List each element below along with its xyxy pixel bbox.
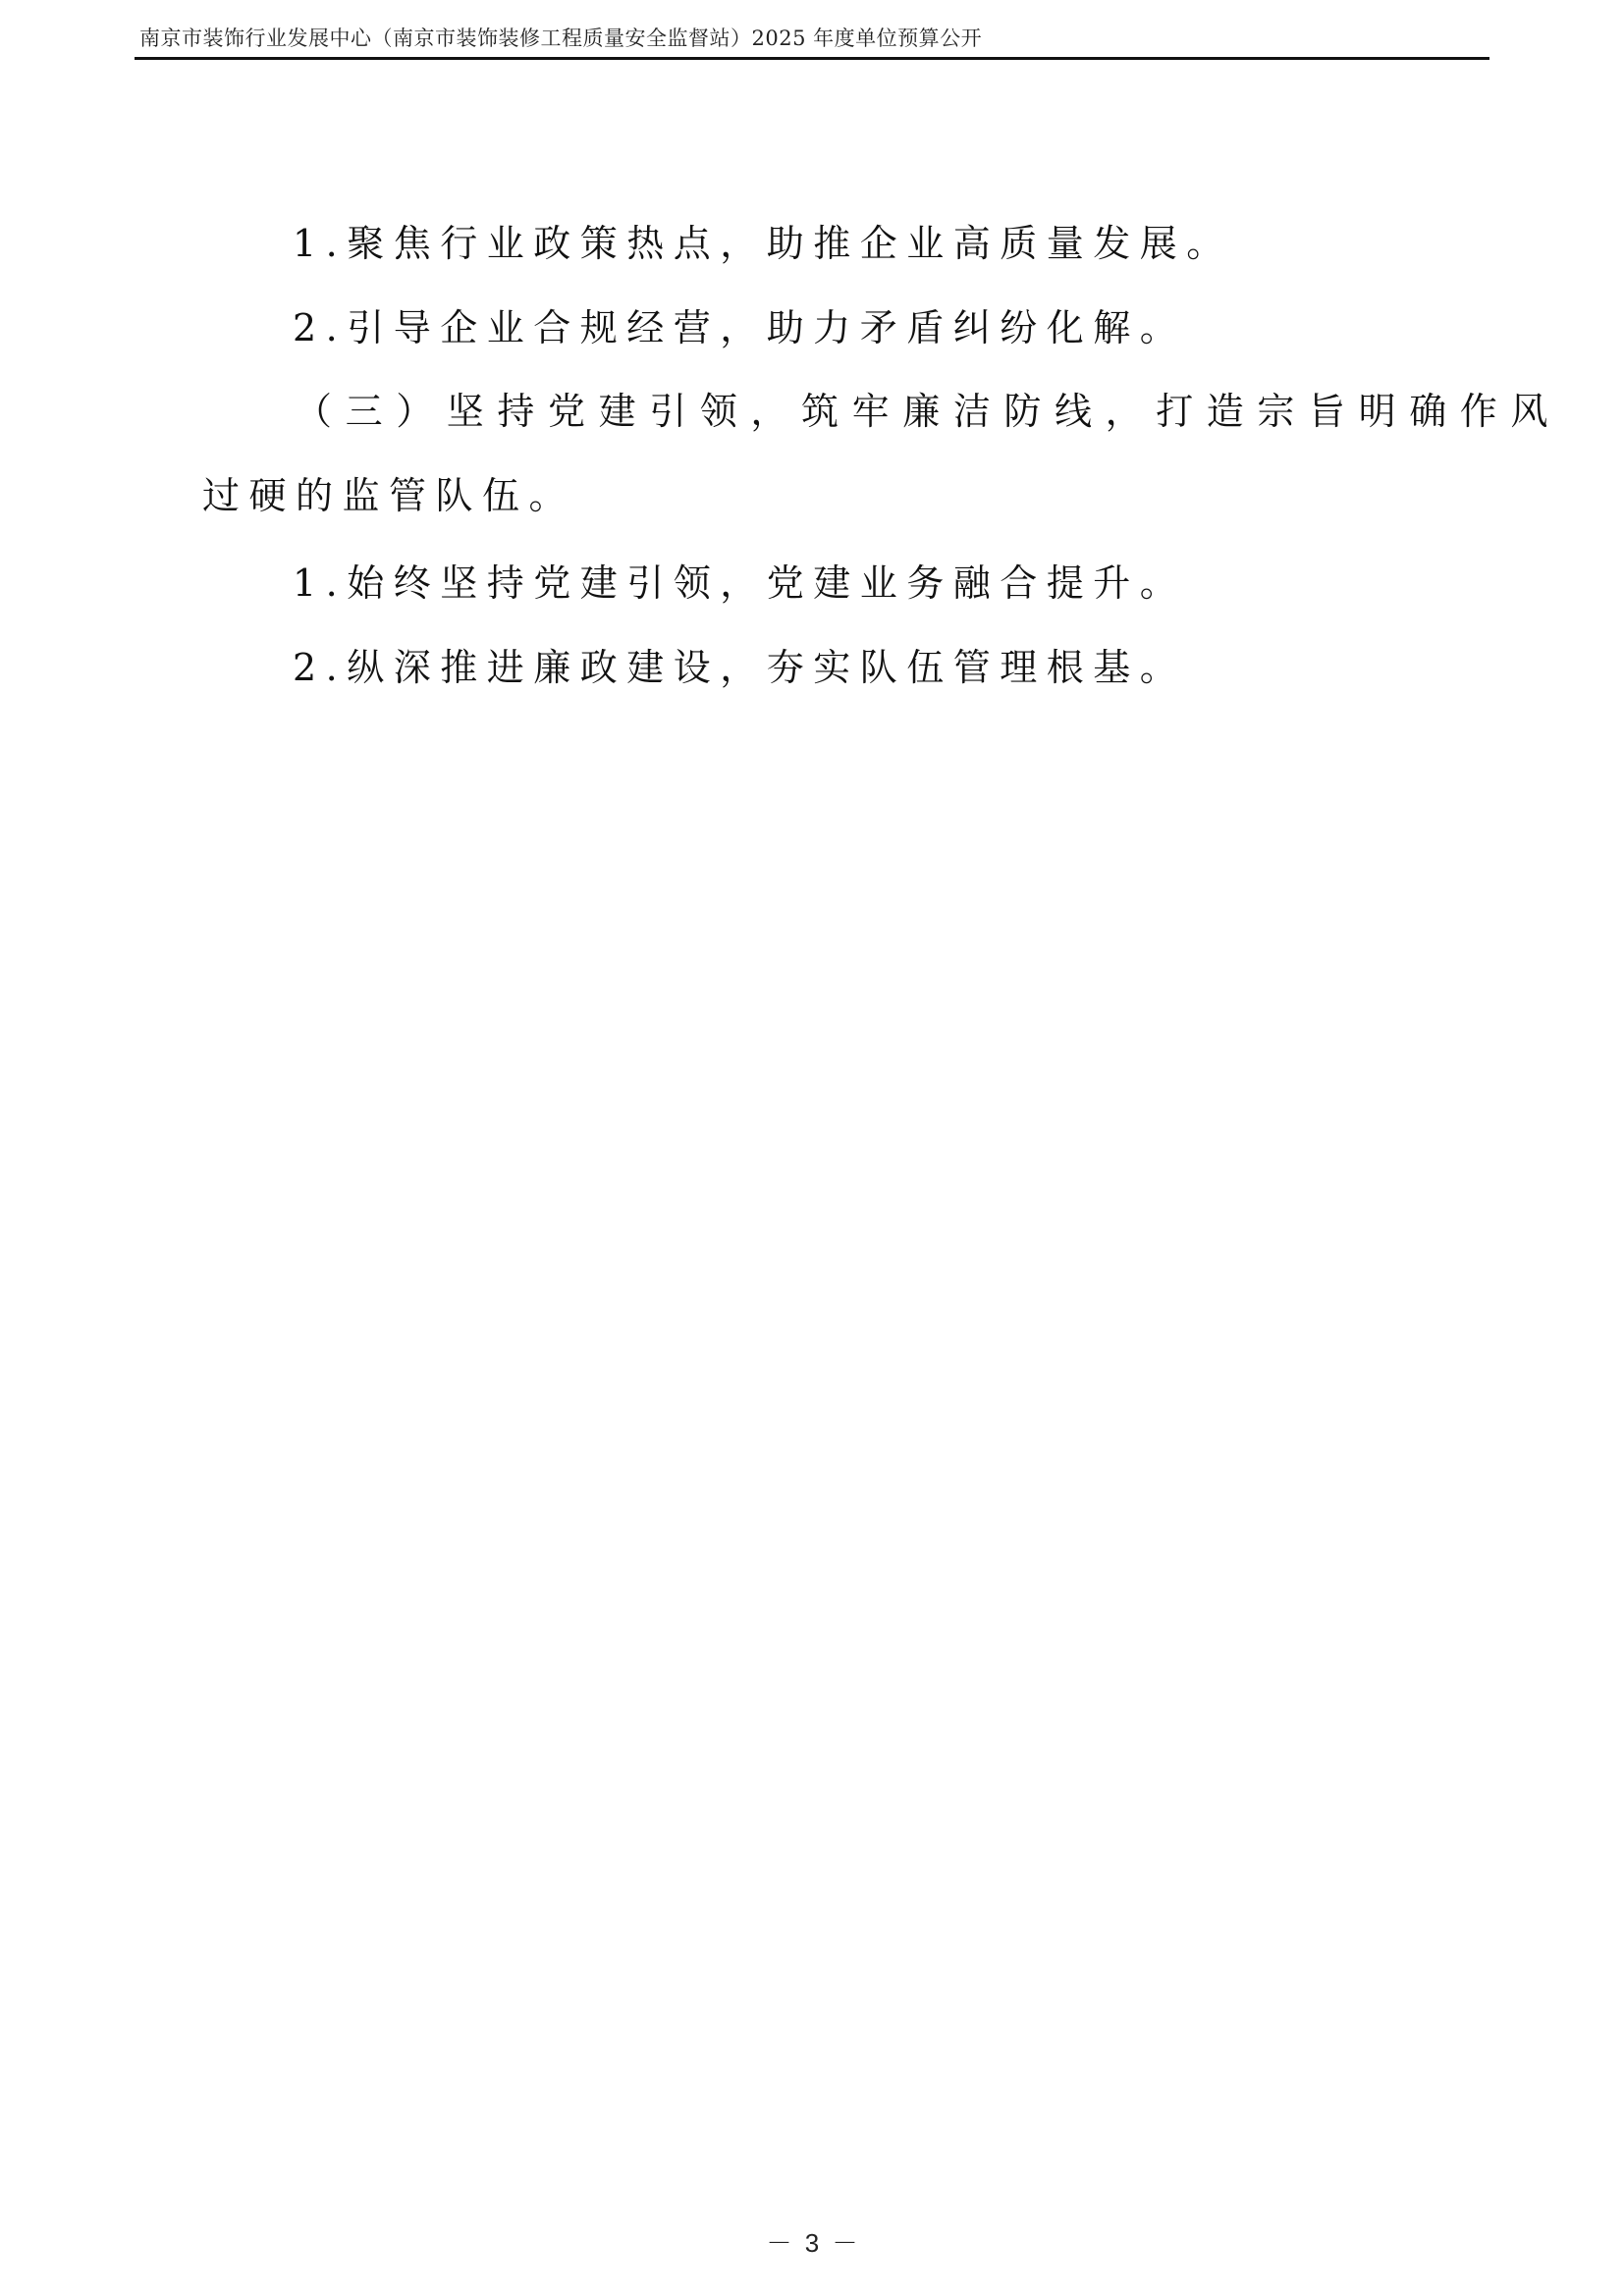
list-item: 2.引导企业合规经营，助力矛盾纠纷化解。 <box>293 306 1186 349</box>
section-heading: （三）坚持党建引领，筑牢廉洁防线，打造宗旨明确作风 <box>295 390 1561 433</box>
running-header-title: 南京市装饰行业发展中心（南京市装饰装修工程质量安全监督站）2025 年度单位预算… <box>139 24 982 53</box>
header-divider <box>135 57 1489 60</box>
list-item: 2.纵深推进廉政建设，夯实队伍管理根基。 <box>293 646 1186 689</box>
list-item: 1.始终坚持党建引领，党建业务融合提升。 <box>293 561 1186 605</box>
page-number: － 3 － <box>0 2228 1624 2258</box>
section-heading-continuation: 过硬的监管队伍。 <box>202 474 575 517</box>
list-item: 1.聚焦行业政策热点，助推企业高质量发展。 <box>293 222 1233 265</box>
